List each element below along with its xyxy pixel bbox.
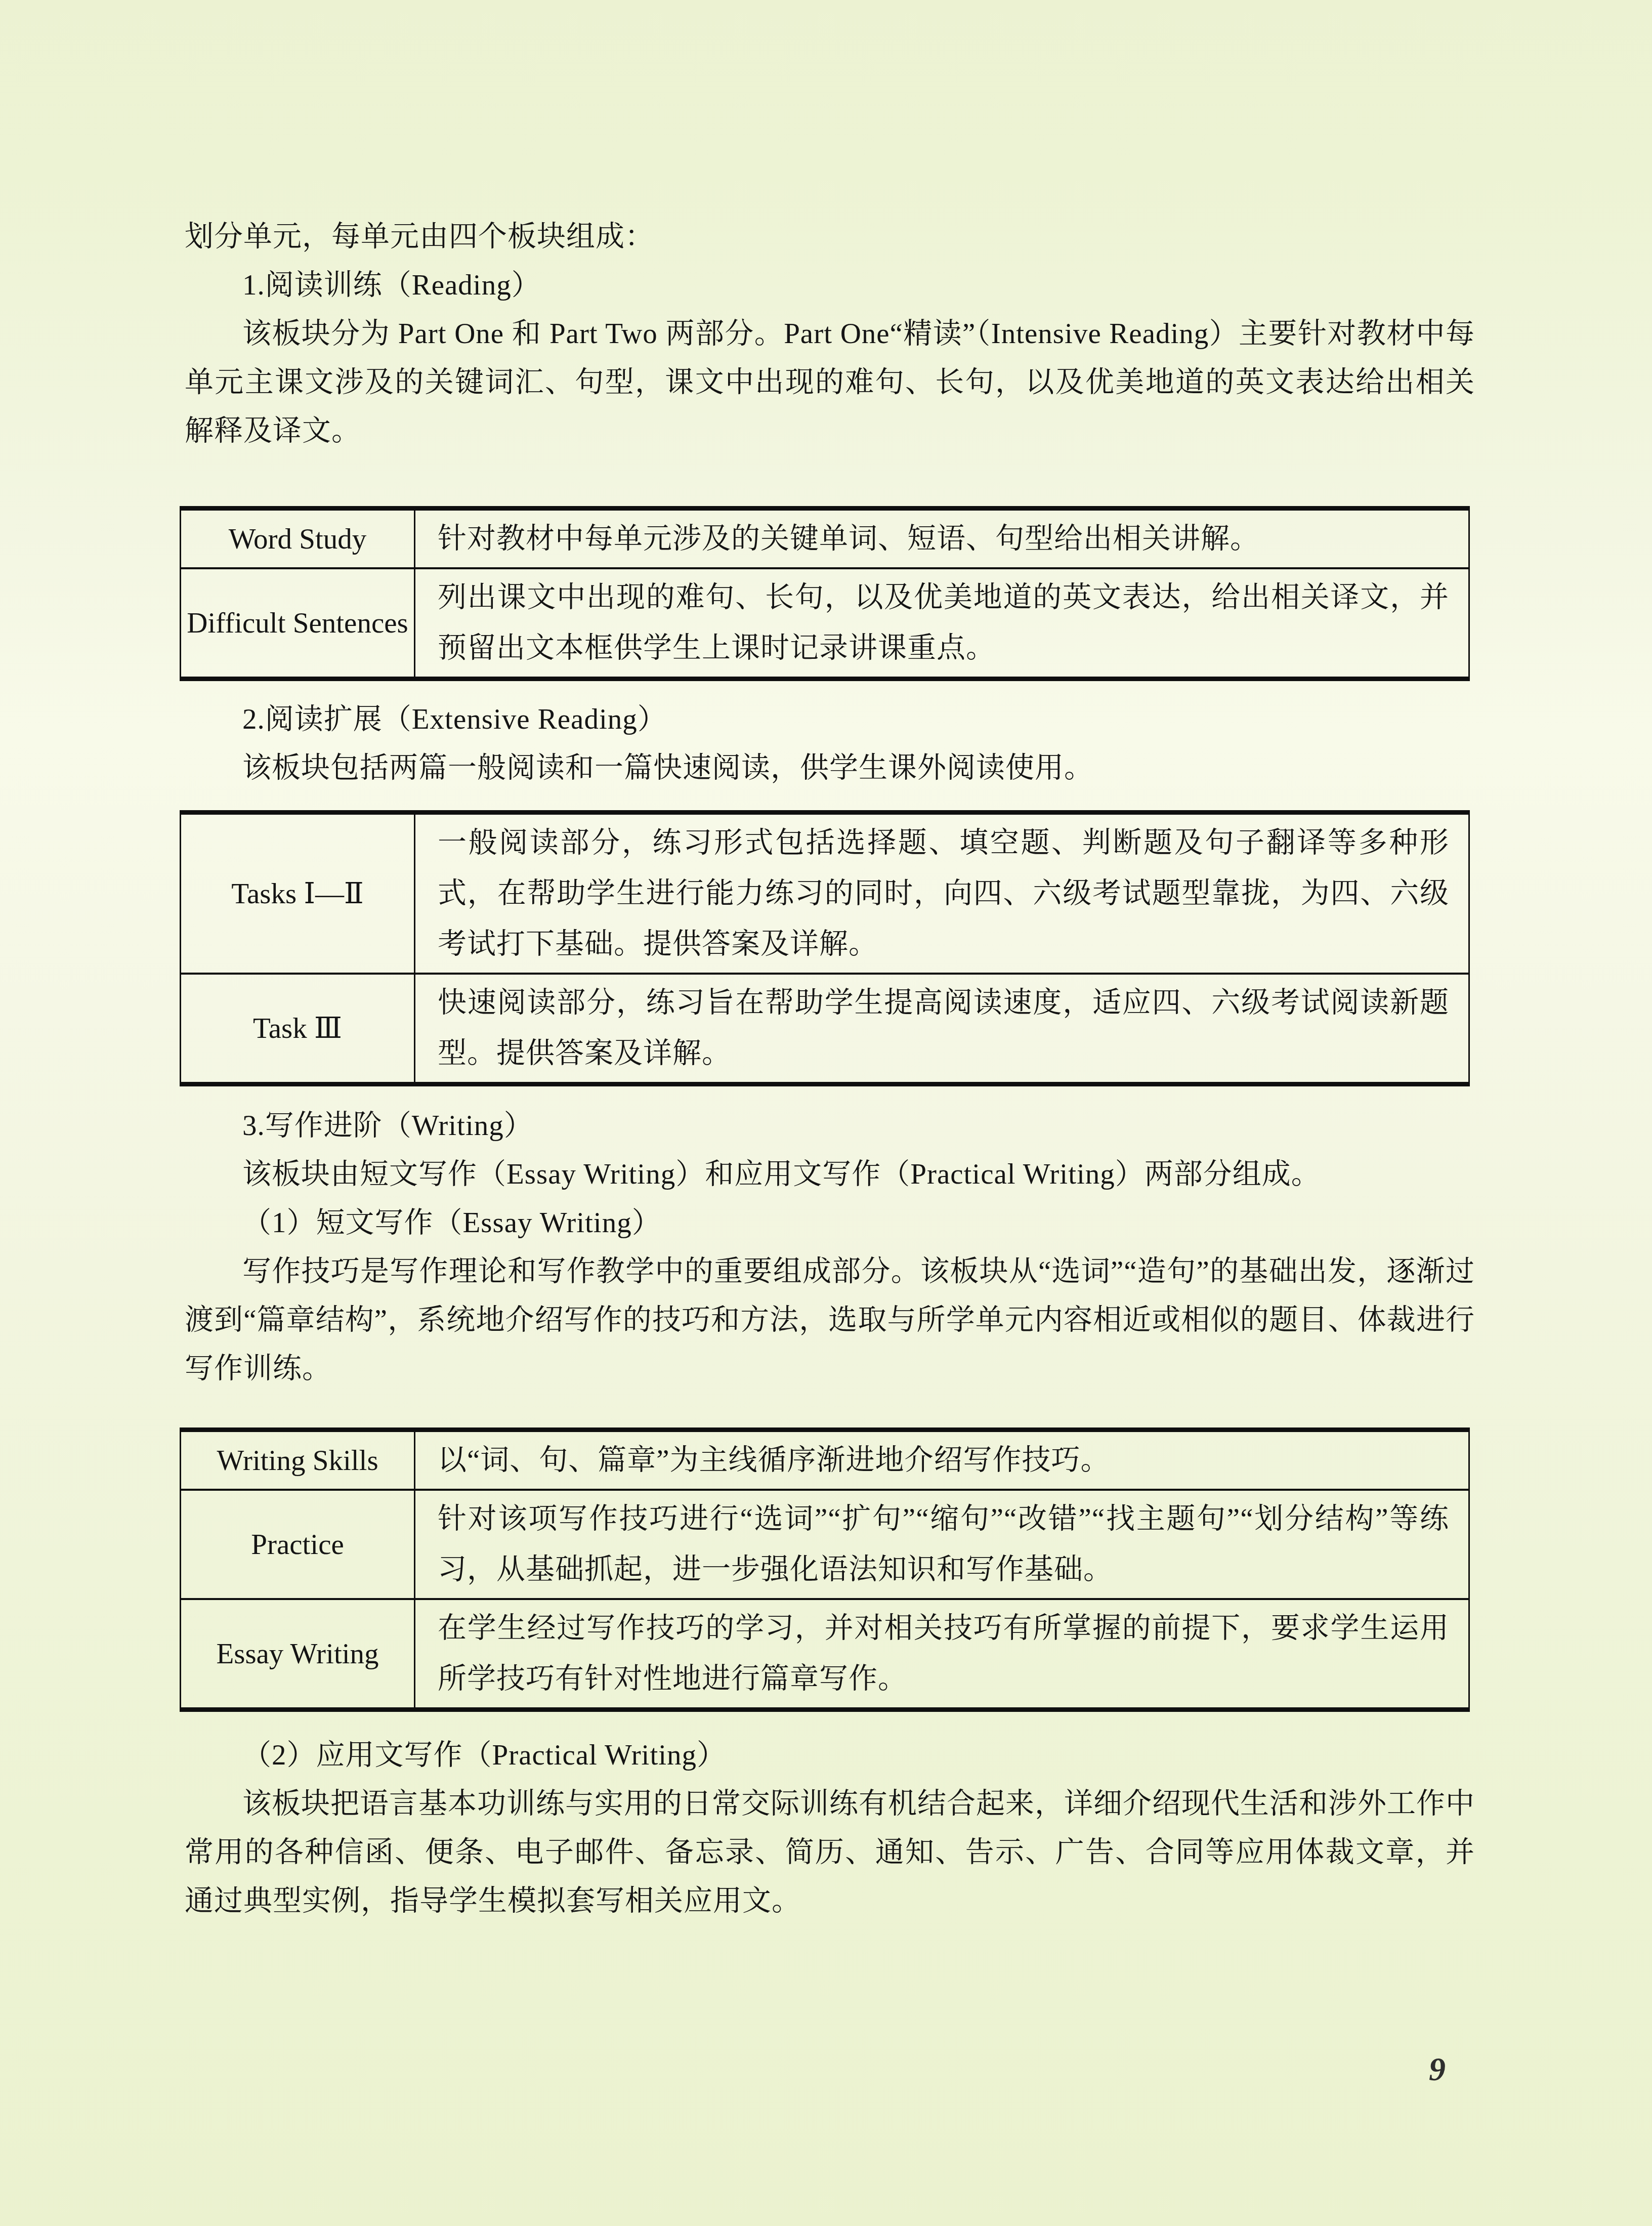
essay-writing-heading: （1）短文写作（Essay Writing） [185,1199,1475,1247]
row-label: Practice [181,1490,415,1599]
row-description: 以“词、句、篇章”为主线循序渐进地介绍写作技巧。 [415,1430,1469,1490]
table-row: Difficult Sentences 列出课文中出现的难句、长句，以及优美地道… [181,568,1469,679]
section2-paragraph: 该板块包括两篇一般阅读和一篇快速阅读，供学生课外阅读使用。 [185,744,1475,792]
table-row: Writing Skills 以“词、句、篇章”为主线循序渐进地介绍写作技巧。 [181,1430,1469,1490]
row-label: Writing Skills [181,1430,415,1490]
row-label: Essay Writing [181,1599,415,1710]
section1-heading: 1.阅读训练（Reading） [185,261,1475,310]
practical-writing-heading: （2）应用文写作（Practical Writing） [185,1731,1475,1780]
document-page: 划分单元，每单元由四个板块组成： 1.阅读训练（Reading） 该板块分为 P… [0,0,1652,2226]
table-row: Practice 针对该项写作技巧进行“选词”“扩句”“缩句”“改错”“找主题句… [181,1490,1469,1599]
essay-writing-paragraph: 写作技巧是写作理论和写作教学中的重要组成部分。该板块从“选词”“造句”的基础出发… [185,1247,1475,1393]
row-label: Tasks Ⅰ—Ⅱ [181,813,415,974]
reading-table: Word Study 针对教材中每单元涉及的关键单词、短语、句型给出相关讲解。 … [180,506,1470,681]
table-row: Task Ⅲ 快速阅读部分，练习旨在帮助学生提高阅读速度，适应四、六级考试阅读新… [181,974,1469,1084]
section3-heading: 3.写作进阶（Writing） [185,1102,1475,1150]
table-row: Essay Writing 在学生经过写作技巧的学习，并对相关技巧有所掌握的前提… [181,1599,1469,1710]
row-label: Task Ⅲ [181,974,415,1084]
table-row: Word Study 针对教材中每单元涉及的关键单词、短语、句型给出相关讲解。 [181,509,1469,569]
practical-writing-paragraph: 该板块把语言基本功训练与实用的日常交际训练有机结合起来，详细介绍现代生活和涉外工… [185,1780,1475,1925]
row-label: Difficult Sentences [181,568,415,679]
writing-table: Writing Skills 以“词、句、篇章”为主线循序渐进地介绍写作技巧。 … [180,1427,1470,1712]
table-row: Tasks Ⅰ—Ⅱ 一般阅读部分，练习形式包括选择题、填空题、判断题及句子翻译等… [181,813,1469,974]
page-content: 划分单元，每单元由四个板块组成： 1.阅读训练（Reading） 该板块分为 P… [185,213,1475,1925]
section2-heading: 2.阅读扩展（Extensive Reading） [185,695,1475,744]
row-description: 针对教材中每单元涉及的关键单词、短语、句型给出相关讲解。 [415,509,1469,569]
extensive-reading-table: Tasks Ⅰ—Ⅱ 一般阅读部分，练习形式包括选择题、填空题、判断题及句子翻译等… [180,810,1470,1086]
page-number: 9 [1429,2050,1446,2089]
intro-paragraph: 划分单元，每单元由四个板块组成： [185,213,1475,261]
row-description: 快速阅读部分，练习旨在帮助学生提高阅读速度，适应四、六级考试阅读新题型。提供答案… [415,974,1469,1084]
row-label: Word Study [181,509,415,569]
section1-paragraph: 该板块分为 Part One 和 Part Two 两部分。Part One“精… [185,310,1475,455]
row-description: 列出课文中出现的难句、长句，以及优美地道的英文表达，给出相关译文，并预留出文本框… [415,568,1469,679]
row-description: 在学生经过写作技巧的学习，并对相关技巧有所掌握的前提下，要求学生运用所学技巧有针… [415,1599,1469,1710]
row-description: 针对该项写作技巧进行“选词”“扩句”“缩句”“改错”“找主题句”“划分结构”等练… [415,1490,1469,1599]
section3-paragraph: 该板块由短文写作（Essay Writing）和应用文写作（Practical … [185,1150,1475,1199]
row-description: 一般阅读部分，练习形式包括选择题、填空题、判断题及句子翻译等多种形式，在帮助学生… [415,813,1469,974]
